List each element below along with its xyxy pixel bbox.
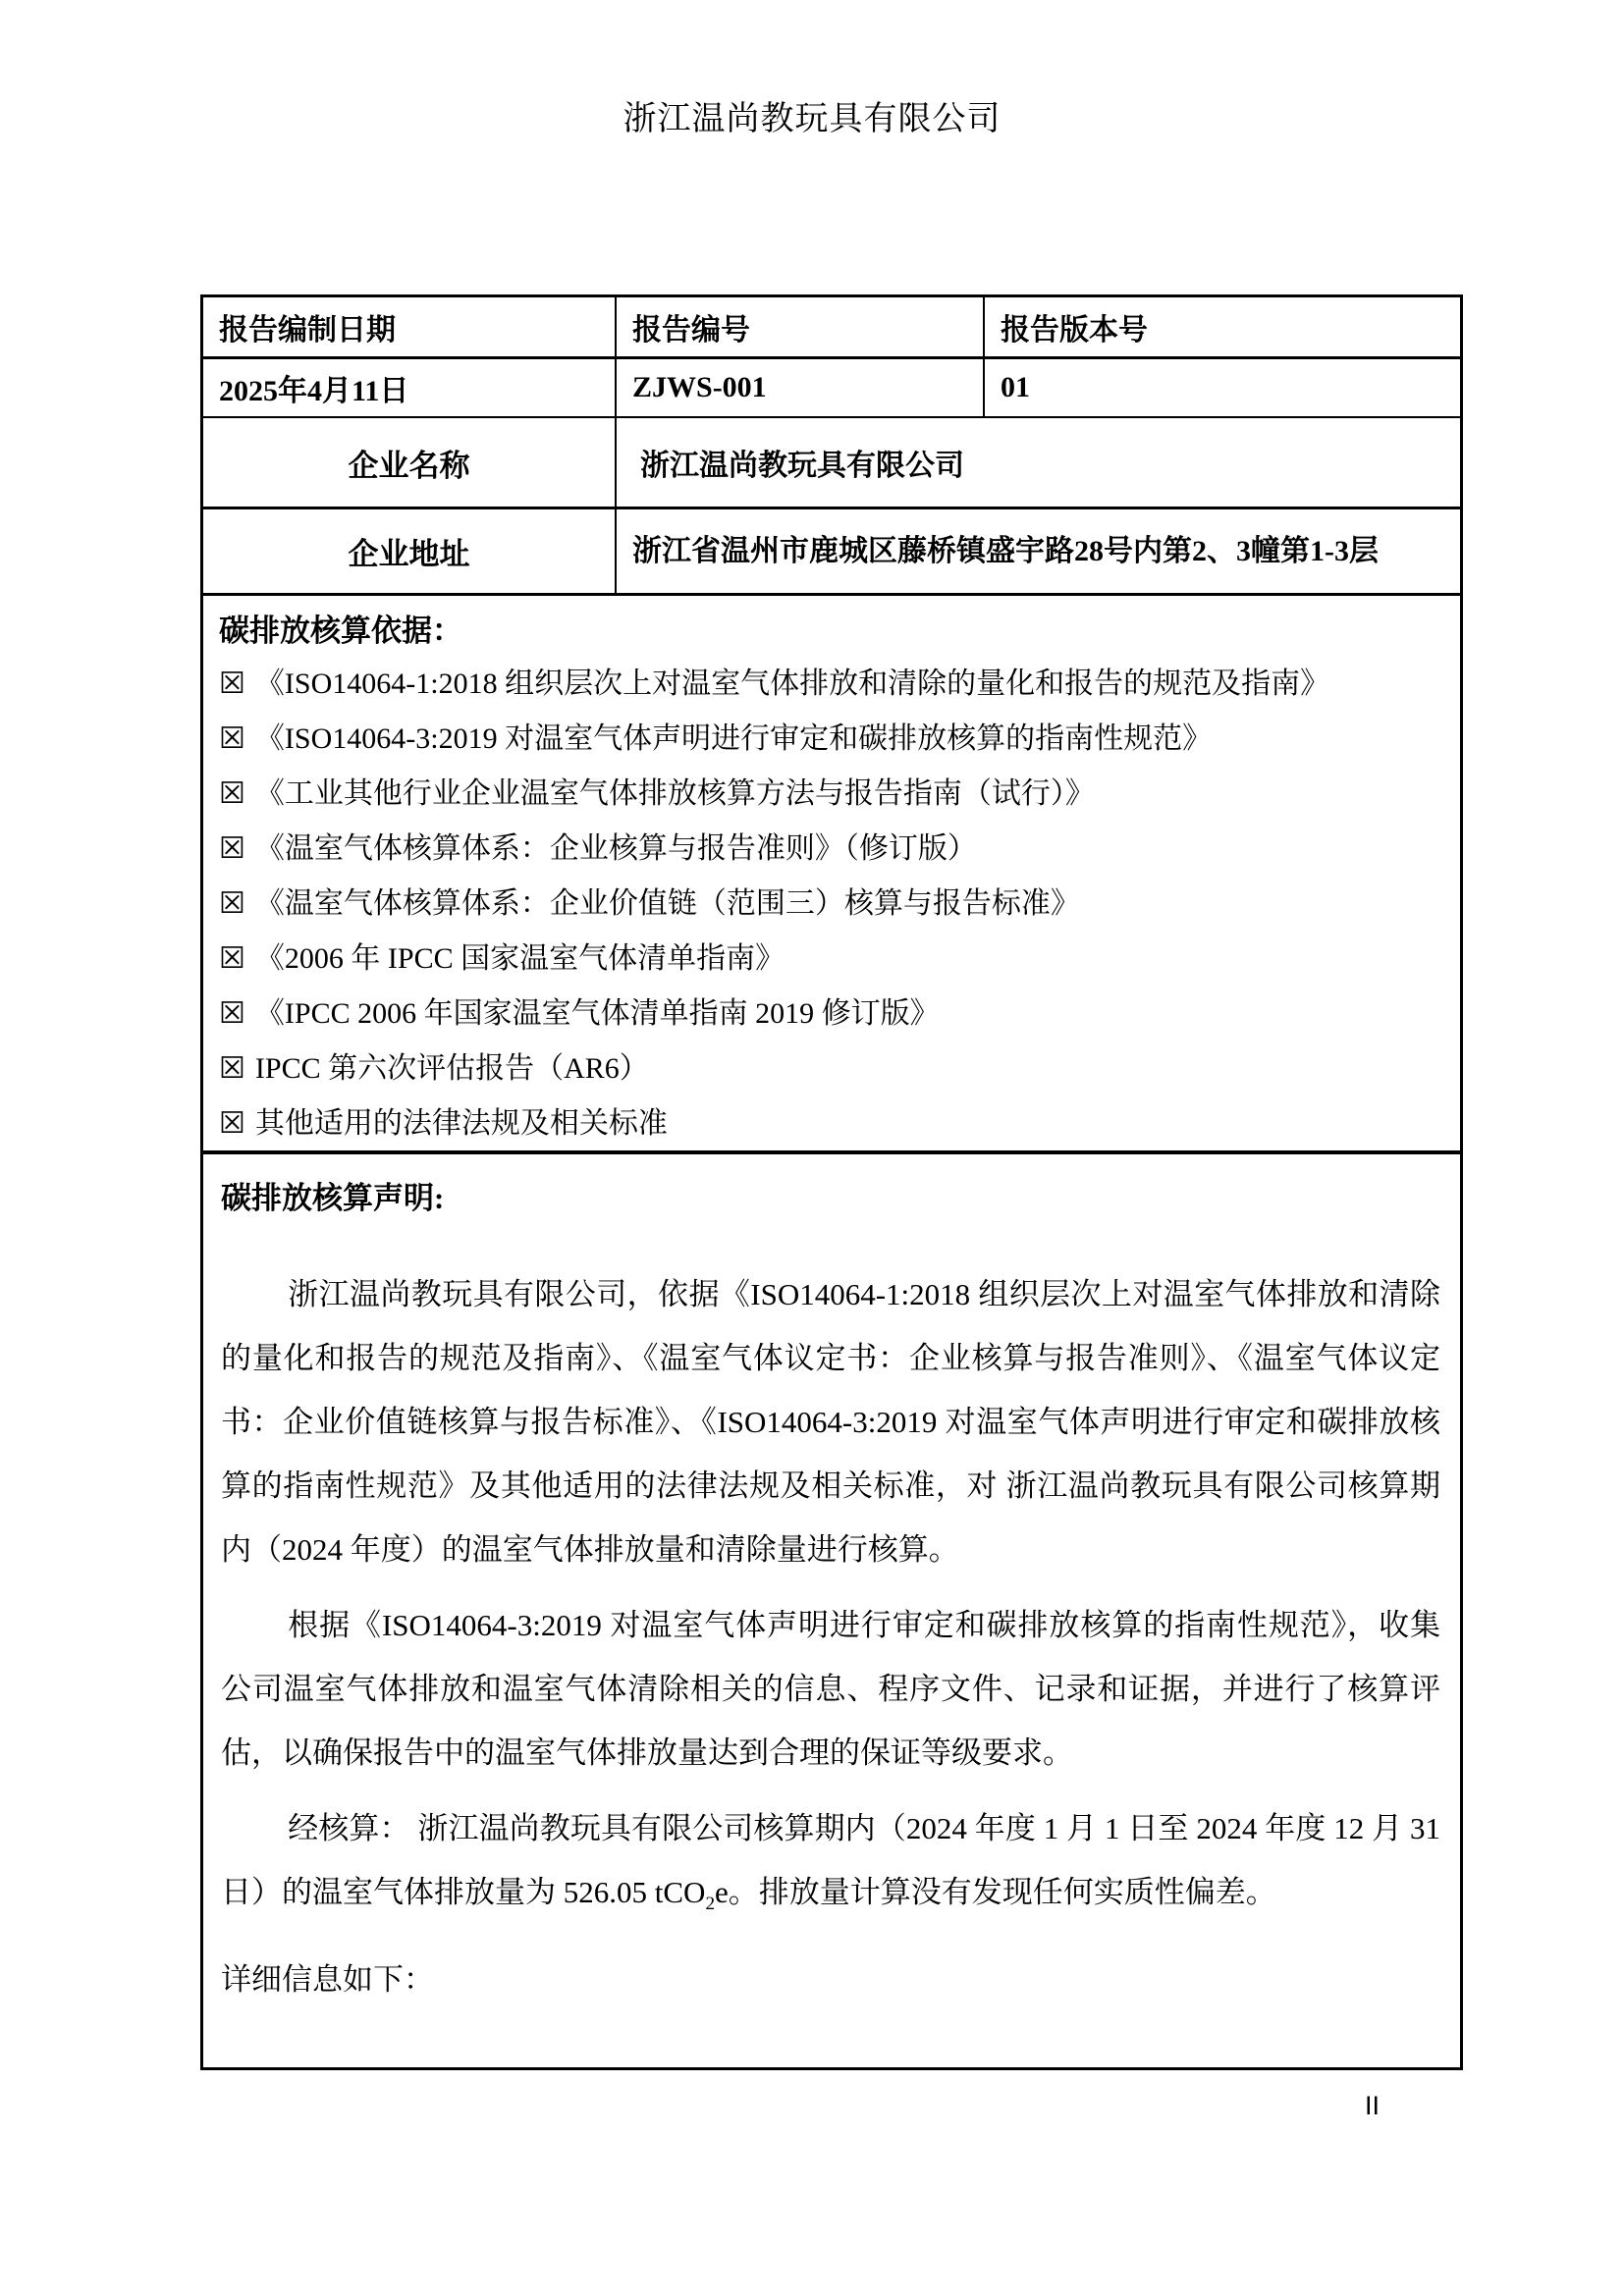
- basis-item-text: 《ISO14064-3:2019 对温室气体声明进行审定和碳排放核算的指南性规范…: [255, 722, 1212, 755]
- basis-checklist-item: ☒IPCC 第六次评估报告（AR6）: [219, 1041, 1442, 1096]
- basis-checklist-item: ☒《温室气体核算体系：企业价值链（范围三）核算与报告标准》: [219, 877, 1442, 932]
- report-version-header-cell: 报告版本号: [985, 297, 1460, 356]
- basis-item-text: IPCC 第六次评估报告（AR6）: [255, 1052, 649, 1085]
- report-info-table: 报告编制日期 报告编号 报告版本号 2025年4月11日 ZJWS-001 01…: [200, 294, 1463, 2070]
- report-date-header-cell: 报告编制日期: [203, 297, 617, 356]
- report-date-value-cell: 2025年4月11日: [203, 359, 617, 416]
- statement-paragraph-4: 详细信息如下：: [221, 1948, 1440, 2011]
- basis-checklist-item: ☒《2006 年 IPCC 国家温室气体清单指南》: [219, 932, 1442, 987]
- accounting-statement-title: 碳排放核算声明:: [221, 1168, 1440, 1229]
- checked-checkbox-icon: ☒: [219, 887, 245, 920]
- basis-item-text: 《2006 年 IPCC 国家温室气体清单指南》: [255, 942, 785, 975]
- basis-item-text: 《温室气体核算体系：企业价值链（范围三）核算与报告标准》: [255, 887, 1080, 920]
- co2-subscript: 2: [705, 1894, 715, 1914]
- basis-checklist-item: ☒《工业其他行业企业温室气体排放核算方法与报告指南（试行）》: [219, 767, 1442, 822]
- statement-paragraph-1: 浙江温尚教玩具有限公司，依据《ISO14064-1:2018 组织层次上对温室气…: [221, 1262, 1440, 1581]
- checked-checkbox-icon: ☒: [219, 997, 245, 1030]
- company-address-row: 企业地址 浙江省温州市鹿城区藤桥镇盛宇路28号内第2、3幢第1-3层: [203, 509, 1460, 596]
- statement-paragraph-3: 经核算： 浙江温尚教玩具有限公司核算期内（2024 年度 1 月 1 日至 20…: [221, 1796, 1440, 1936]
- basis-checklist-item: ☒《ISO14064-3:2019 对温室气体声明进行审定和碳排放核算的指南性规…: [219, 712, 1442, 767]
- page-number: II: [1365, 2091, 1380, 2121]
- report-number-value-cell: ZJWS-001: [617, 359, 985, 416]
- company-name-label-cell: 企业名称: [203, 418, 617, 507]
- statement-paragraph-2: 根据《ISO14064-3:2019 对温室气体声明进行审定和碳排放核算的指南性…: [221, 1593, 1440, 1785]
- document-header-company-title: 浙江温尚教玩具有限公司: [0, 0, 1624, 140]
- basis-checklist-item: ☒《温室气体核算体系：企业核算与报告准则》（修订版）: [219, 822, 1442, 877]
- basis-item-text: 《温室气体核算体系：企业核算与报告准则》（修订版）: [255, 832, 977, 865]
- report-number-header-cell: 报告编号: [617, 297, 985, 356]
- table-header-row: 报告编制日期 报告编号 报告版本号: [203, 297, 1460, 359]
- accounting-statement-section: 碳排放核算声明: 浙江温尚教玩具有限公司，依据《ISO14064-1:2018 …: [203, 1154, 1460, 2067]
- basis-item-text: 《工业其他行业企业温室气体排放核算方法与报告指南（试行）》: [255, 777, 1095, 810]
- basis-checklist-item: ☒《ISO14064-1:2018 组织层次上对温室气体排放和清除的量化和报告的…: [219, 657, 1442, 712]
- company-address-label-cell: 企业地址: [203, 509, 617, 593]
- basis-item-text: 《ISO14064-1:2018 组织层次上对温室气体排放和清除的量化和报告的规…: [255, 667, 1329, 700]
- checked-checkbox-icon: ☒: [219, 777, 245, 810]
- basis-item-text: 《IPCC 2006 年国家温室气体清单指南 2019 修订版》: [255, 997, 940, 1030]
- checked-checkbox-icon: ☒: [219, 832, 245, 865]
- accounting-basis-section: 碳排放核算依据： ☒《ISO14064-1:2018 组织层次上对温室气体排放和…: [203, 596, 1460, 1154]
- checked-checkbox-icon: ☒: [219, 722, 245, 755]
- company-name-row: 企业名称 浙江温尚教玩具有限公司: [203, 418, 1460, 509]
- basis-checklist-item: ☒其他适用的法律法规及相关标准: [219, 1096, 1442, 1151]
- table-value-row: 2025年4月11日 ZJWS-001 01: [203, 359, 1460, 418]
- basis-checklist-item: ☒《IPCC 2006 年国家温室气体清单指南 2019 修订版》: [219, 987, 1442, 1041]
- checked-checkbox-icon: ☒: [219, 942, 245, 975]
- company-address-value-cell: 浙江省温州市鹿城区藤桥镇盛宇路28号内第2、3幢第1-3层: [617, 509, 1460, 593]
- basis-item-text: 其他适用的法律法规及相关标准: [255, 1107, 668, 1140]
- statement-p3-text-end: e。排放量计算没有发现任何实质性偏差。: [715, 1875, 1276, 1909]
- checked-checkbox-icon: ☒: [219, 667, 245, 700]
- company-name-value-cell: 浙江温尚教玩具有限公司: [617, 418, 1460, 507]
- checked-checkbox-icon: ☒: [219, 1052, 245, 1085]
- checked-checkbox-icon: ☒: [219, 1107, 245, 1140]
- report-version-value-cell: 01: [985, 359, 1460, 416]
- accounting-basis-title: 碳排放核算依据：: [219, 606, 1442, 657]
